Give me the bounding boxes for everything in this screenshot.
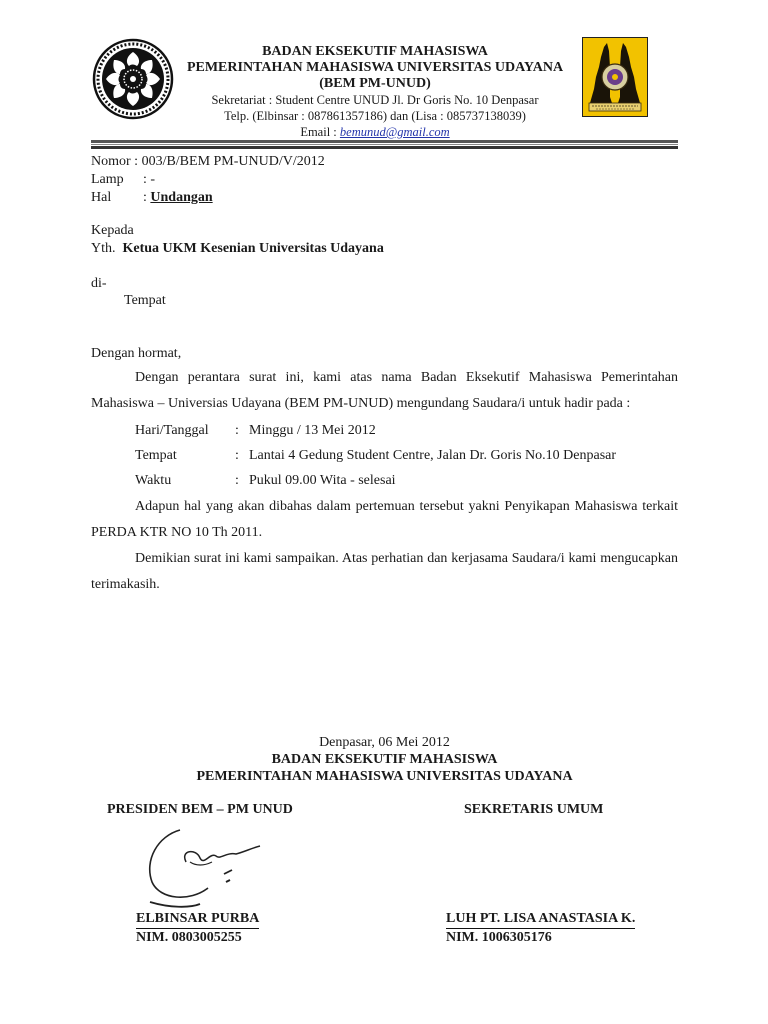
recipient-tempat: Tempat [124,292,166,310]
letterhead-org-line2: PEMERINTAHAN MAHASISWA UNIVERSITAS UDAYA… [160,60,590,76]
paragraph-closing: Demikian surat ini kami sampaikan. Atas … [91,546,678,598]
letterhead-divider-bottom [91,146,678,149]
letterhead-org-abbr: (BEM PM-UNUD) [160,76,590,92]
signatory-title-secretary: SEKRETARIS UMUM [464,802,603,818]
signatory-nim: NIM. 1006305176 [446,929,635,947]
hal-label: Hal [91,189,143,207]
letterhead-address: Sekretariat : Student Centre UNUD Jl. Dr… [160,92,590,108]
signatory-name: LUH PT. LISA ANASTASIA K. [446,910,635,929]
recipient-name: Ketua UKM Kesenian Universitas Udayana [123,241,384,256]
recipient-line: Yth. Ketua UKM Kesenian Universitas Uday… [91,240,384,258]
meta-nomor: Nomor : 003/B/BEM PM-UNUD/V/2012 [91,153,325,171]
paragraph-agenda: Adapun hal yang akan dibahas dalam perte… [91,494,678,546]
closing-org-line1: BADAN EKSEKUTIF MAHASISWA [91,751,678,768]
recipient-di: di- [91,275,107,293]
letterhead: BADAN EKSEKUTIF MAHASISWA PEMERINTAHAN M… [160,44,590,140]
detail-value: Pukul 09.00 Wita - selesai [249,473,396,488]
letterhead-divider-thin [91,144,678,145]
closing-org-line2: PEMERINTAHAN MAHASISWA UNIVERSITAS UDAYA… [91,768,678,785]
signatory-nim: NIM. 0803005255 [136,929,259,947]
nomor-value: 003/B/BEM PM-UNUD/V/2012 [142,154,325,169]
email-link[interactable]: bemunud@gmail.com [340,125,450,139]
signatory-secretary: LUH PT. LISA ANASTASIA K. NIM. 100630517… [446,910,635,947]
detail-value: Minggu / 13 Mei 2012 [249,423,376,438]
recipient-yth: Yth. [91,241,116,256]
detail-row: Waktu:Pukul 09.00 Wita - selesai [135,468,396,494]
detail-label: Waktu [135,468,235,494]
paragraph-invitation: Dengan perantara surat ini, kami atas na… [91,365,678,417]
hal-value: Undangan [150,190,212,205]
nomor-label: Nomor [91,154,131,169]
letterhead-email-line: Email : bemunud@gmail.com [160,124,590,140]
greeting: Dengan hormat, [91,345,181,363]
letterhead-org-line1: BADAN EKSEKUTIF MAHASISWA [160,44,590,60]
signature-president [140,822,270,912]
email-label: Email : [300,125,340,139]
signatory-president: ELBINSAR PURBA NIM. 0803005255 [136,910,259,947]
letterhead-phone: Telp. (Elbinsar : 087861357186) dan (Lis… [160,108,590,124]
closing-block: Denpasar, 06 Mei 2012 BADAN EKSEKUTIF MA… [91,734,678,785]
detail-value: Lantai 4 Gedung Student Centre, Jalan Dr… [249,448,616,463]
lamp-label: Lamp [91,171,143,189]
detail-row: Tempat:Lantai 4 Gedung Student Centre, J… [135,443,616,469]
signatory-name: ELBINSAR PURBA [136,910,259,929]
meta-lamp: Lamp: - [91,171,155,189]
signatory-title-president: PRESIDEN BEM – PM UNUD [107,802,293,818]
detail-label: Hari/Tanggal [135,418,235,444]
recipient-kepada: Kepada [91,222,134,240]
detail-label: Tempat [135,443,235,469]
detail-row: Hari/Tanggal:Minggu / 13 Mei 2012 [135,418,376,444]
meta-hal: Hal: Undangan [91,189,213,207]
closing-place-date: Denpasar, 06 Mei 2012 [91,734,678,751]
letterhead-divider [91,140,678,143]
bem-pm-unud-emblem-icon [582,37,648,117]
lamp-value: - [150,172,155,187]
